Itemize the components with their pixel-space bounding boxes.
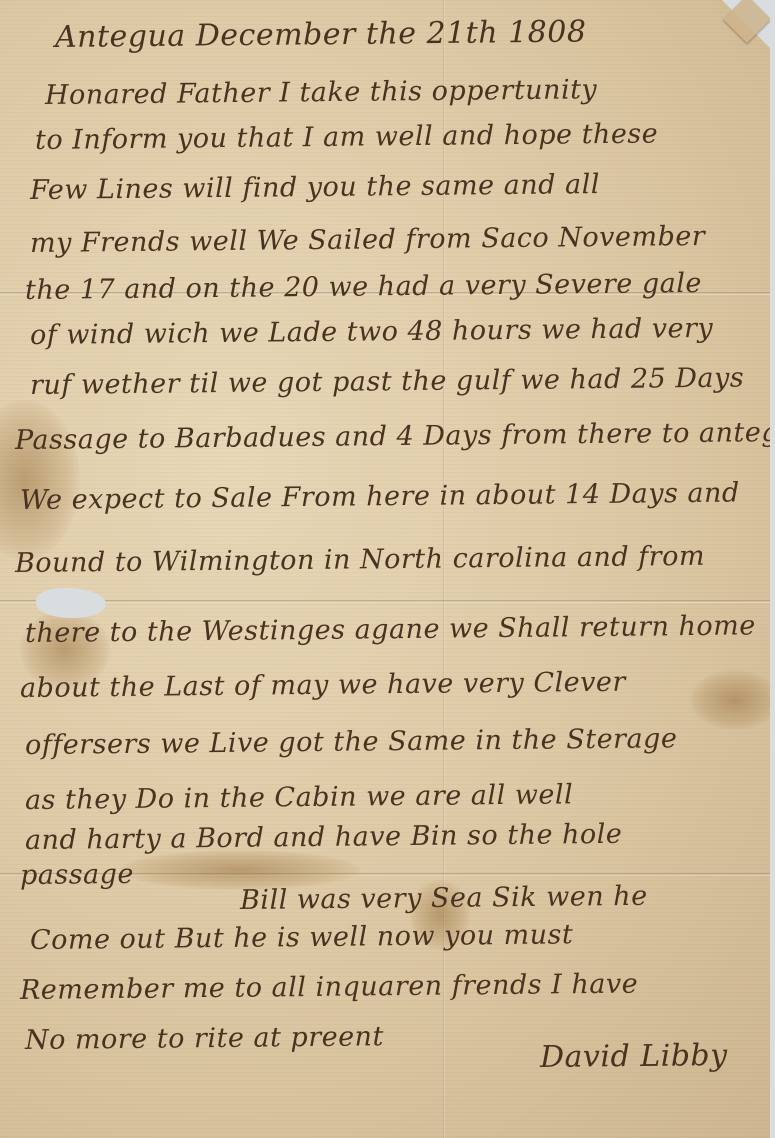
letter-line: passage	[20, 859, 134, 891]
letter-line: there to the Westinges agane we Shall re…	[25, 610, 756, 649]
letter-page: Antegua December the 21th 1808 Honared F…	[0, 0, 770, 1138]
letter-line: Honared Father I take this oppertunity	[45, 74, 598, 111]
letter-dateline: Antegua December the 21th 1808	[55, 14, 587, 55]
letter-line: No more to rite at preent	[25, 1021, 384, 1056]
ink-blot-right	[690, 670, 770, 730]
letter-line: Bound to Wilmington in North carolina an…	[15, 541, 705, 579]
letter-line: ruf wether til we got past the gulf we h…	[30, 363, 744, 401]
letter-line: and harty a Bord and have Bin so the hol…	[25, 819, 623, 856]
letter-line: We expect to Sale From here in about 14 …	[20, 477, 740, 516]
letter-line: Passage to Barbadues and 4 Days from the…	[15, 417, 770, 456]
letter-line: the 17 and on the 20 we had a very Sever…	[25, 268, 702, 306]
letter-line: to Inform you that I am well and hope th…	[35, 118, 658, 156]
signature: David Libby	[540, 1038, 728, 1075]
letter-line: as they Do in the Cabin we are all well	[25, 779, 573, 816]
horizontal-fold-crease-middle	[0, 600, 770, 603]
letter-line: Bill was very Sea Sik wen he	[240, 881, 648, 916]
letter-line: Remember me to all inquaren frends I hav…	[20, 969, 638, 1006]
letter-line: Few Lines will find you the same and all	[30, 169, 600, 206]
letter-line: about the Last of may we have very Cleve…	[20, 667, 626, 704]
letter-line: offersers we Live got the Same in the St…	[25, 723, 678, 761]
paper-hole	[36, 588, 106, 618]
letter-line: my Frends well We Sailed from Saco Novem…	[30, 221, 706, 259]
letter-line: Come out But he is well now you must	[30, 919, 574, 956]
letter-line: of wind wich we Lade two 48 hours we had…	[30, 313, 714, 351]
